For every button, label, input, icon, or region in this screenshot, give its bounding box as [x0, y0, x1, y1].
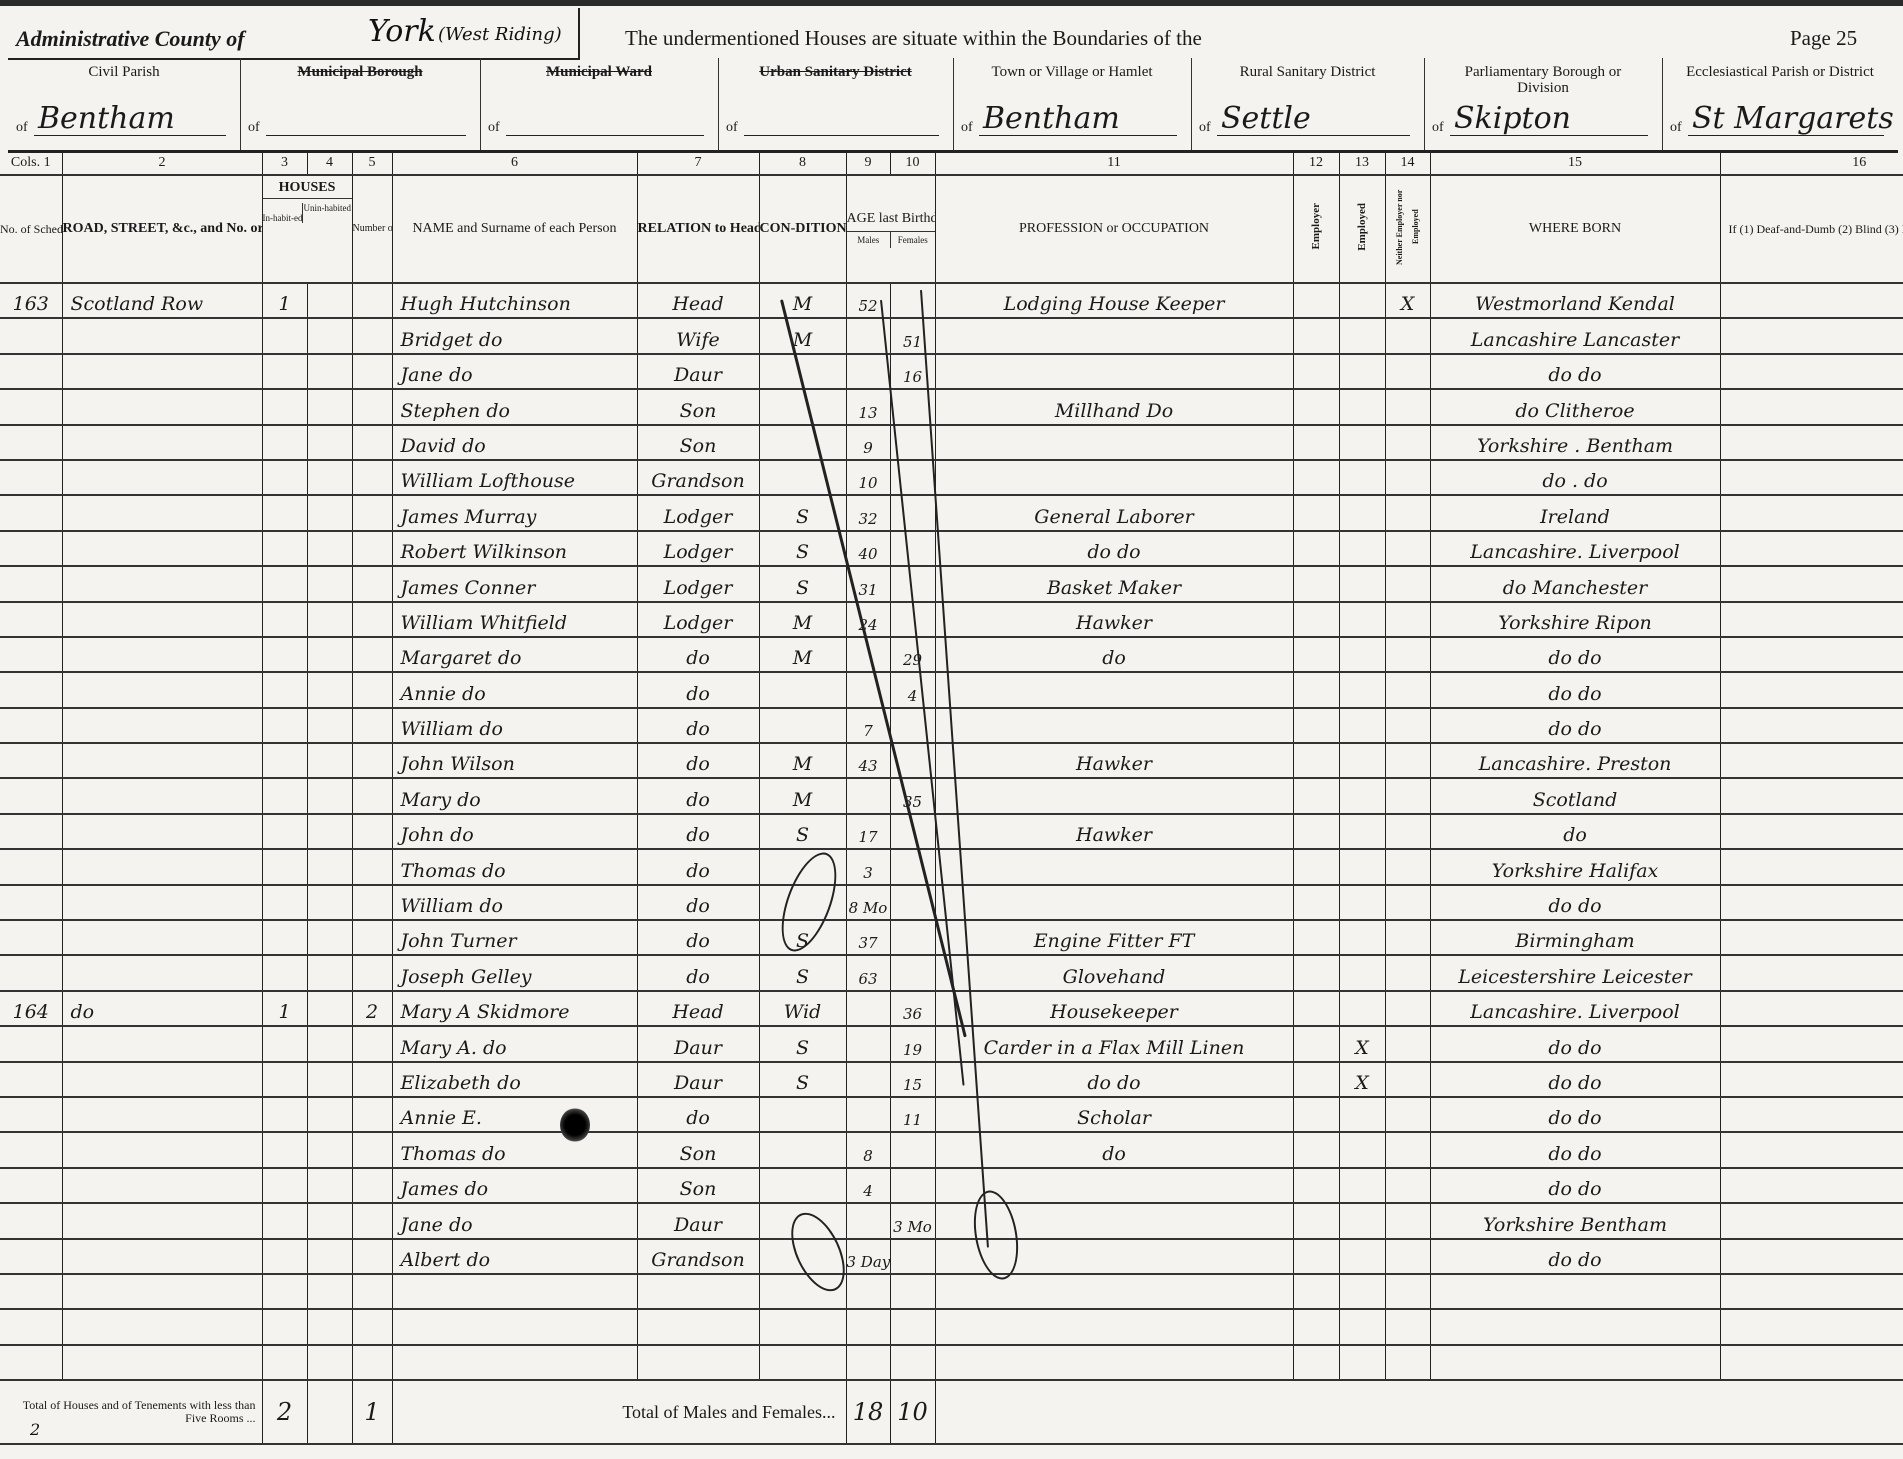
road-cell: [62, 389, 262, 424]
where-born-cell: Yorkshire Bentham: [1430, 1203, 1720, 1238]
census-rows: 163Scotland Row1Hugh HutchinsonHeadM52Lo…: [0, 283, 1903, 1380]
neither-cell: [1385, 708, 1430, 743]
col-number: 12: [1293, 152, 1339, 175]
boundary-title: Civil Parish: [8, 64, 240, 80]
where-born-cell: Yorkshire Ripon: [1430, 602, 1720, 637]
rooms-cell: 2: [352, 991, 392, 1026]
neither-cell: [1385, 672, 1430, 707]
female-age-cell: 15: [890, 1062, 935, 1097]
neither-cell: [1385, 1132, 1430, 1167]
boundary-parliamentary-borough: Parliamentary Borough or Division of Ski…: [1424, 58, 1663, 150]
rooms-cell: [352, 814, 392, 849]
employed-cell: [1339, 531, 1385, 566]
where-born-cell: do Clitheroe: [1430, 389, 1720, 424]
uninhabited-cell: [307, 885, 352, 920]
where-born-cell: Lancashire. Liverpool: [1430, 991, 1720, 1026]
table-row: [0, 1309, 1903, 1344]
occupation-cell: General Laborer: [935, 495, 1293, 530]
infirmity-cell: [1720, 460, 1903, 495]
relation-cell: [637, 1274, 759, 1309]
female-age-cell: [890, 955, 935, 990]
neither-cell: [1385, 354, 1430, 389]
uninhabited-cell: [307, 672, 352, 707]
boundary-title: Town or Village or Hamlet: [953, 64, 1191, 80]
of-label: of: [726, 120, 738, 136]
table-row: John TurnerdoS37Engine Fitter FTBirmingh…: [0, 920, 1903, 955]
uninhabited-cell: [307, 1062, 352, 1097]
name-cell: William Lofthouse: [392, 460, 637, 495]
name-cell: William do: [392, 708, 637, 743]
employed-cell: [1339, 637, 1385, 672]
neither-cell: [1385, 495, 1430, 530]
neither-cell: [1385, 1203, 1430, 1238]
inhabited-cell: [262, 672, 307, 707]
inhabited-cell: [262, 531, 307, 566]
female-age-cell: 51: [890, 318, 935, 353]
rooms-cell: [352, 1239, 392, 1274]
name-cell: Robert Wilkinson: [392, 531, 637, 566]
condition-cell: [759, 425, 846, 460]
table-row: Annie E.do11Scholardo do: [0, 1097, 1903, 1132]
relation-cell: Wife: [637, 318, 759, 353]
occupation-cell: [935, 318, 1293, 353]
employer-cell: [1293, 460, 1339, 495]
occupation-cell: [935, 885, 1293, 920]
employer-cell: [1293, 425, 1339, 460]
infirmity-cell: [1720, 885, 1903, 920]
neither-cell: [1385, 1097, 1430, 1132]
schedule-cell: [0, 1274, 62, 1309]
neither-cell: [1385, 1239, 1430, 1274]
male-age-cell: [846, 354, 890, 389]
header-road: ROAD, STREET, &c., and No. or NAME of HO…: [62, 175, 262, 283]
where-born-cell: do do: [1430, 1239, 1720, 1274]
male-age-cell: 3 Days: [846, 1239, 890, 1274]
male-age-cell: 4: [846, 1168, 890, 1203]
name-cell: James do: [392, 1168, 637, 1203]
infirmity-cell: [1720, 1168, 1903, 1203]
where-born-cell: Birmingham: [1430, 920, 1720, 955]
schedule-cell: [0, 354, 62, 389]
boundary-title: Municipal Borough: [240, 64, 480, 80]
of-label: of: [961, 120, 973, 136]
condition-cell: M: [759, 318, 846, 353]
male-age-cell: [846, 1345, 890, 1380]
table-row: David doSon9Yorkshire . Bentham: [0, 425, 1903, 460]
table-row: William LofthouseGrandson10do . do: [0, 460, 1903, 495]
employed-cell: [1339, 495, 1385, 530]
inhabited-cell: [262, 920, 307, 955]
county-value: York: [368, 14, 436, 49]
condition-cell: M: [759, 602, 846, 637]
male-age-cell: 10: [846, 460, 890, 495]
occupation-cell: [935, 708, 1293, 743]
boundary-title: Municipal Ward: [480, 64, 718, 80]
road-cell: [62, 708, 262, 743]
schedule-cell: [0, 1168, 62, 1203]
condition-cell: M: [759, 283, 846, 318]
employed-cell: [1339, 708, 1385, 743]
infirmity-cell: [1720, 1062, 1903, 1097]
schedule-cell: [0, 1026, 62, 1061]
male-age-cell: 8 Mo: [846, 885, 890, 920]
neither-cell: [1385, 637, 1430, 672]
rooms-cell: [352, 1309, 392, 1344]
col-number: 15: [1430, 152, 1720, 175]
employed-cell: [1339, 1132, 1385, 1167]
rooms-cell: [352, 354, 392, 389]
employed-cell: [1339, 1097, 1385, 1132]
col-number: 8: [759, 152, 846, 175]
where-born-cell: do do: [1430, 1097, 1720, 1132]
name-cell: William Whitfield: [392, 602, 637, 637]
where-born-cell: [1430, 1345, 1720, 1380]
neither-cell: [1385, 531, 1430, 566]
occupation-cell: Basket Maker: [935, 566, 1293, 601]
name-cell: Annie E.: [392, 1097, 637, 1132]
uninhabited-cell: [307, 566, 352, 601]
rooms-cell: [352, 283, 392, 318]
schedule-cell: [0, 389, 62, 424]
inhabited-cell: [262, 425, 307, 460]
road-cell: [62, 1132, 262, 1167]
page-number: Page 25: [1790, 26, 1857, 51]
relation-cell: do: [637, 885, 759, 920]
neither-cell: [1385, 849, 1430, 884]
table-row: 163Scotland Row1Hugh HutchinsonHeadM52Lo…: [0, 283, 1903, 318]
neither-cell: [1385, 1345, 1430, 1380]
boundary-value: Settle: [1221, 101, 1311, 136]
rooms-cell: [352, 602, 392, 637]
employer-cell: [1293, 955, 1339, 990]
uninhabited-cell: [307, 283, 352, 318]
road-cell: [62, 318, 262, 353]
table-row: Annie dodo4do do: [0, 672, 1903, 707]
name-cell: Mary do: [392, 778, 637, 813]
where-born-cell: do do: [1430, 1132, 1720, 1167]
header-rooms: Number of rooms occupied if less than fi…: [352, 175, 392, 283]
occupation-cell: [935, 672, 1293, 707]
occupation-cell: Engine Fitter FT: [935, 920, 1293, 955]
occupation-cell: [935, 460, 1293, 495]
employer-cell: [1293, 708, 1339, 743]
inhabited-cell: [262, 1168, 307, 1203]
uninhabited-cell: [307, 602, 352, 637]
condition-cell: [759, 1309, 846, 1344]
infirmity-cell: [1720, 389, 1903, 424]
table-row: James ConnerLodgerS31Basket Makerdo Manc…: [0, 566, 1903, 601]
schedule-cell: [0, 672, 62, 707]
of-label: of: [16, 120, 28, 136]
name-cell: John Wilson: [392, 743, 637, 778]
header-name: NAME and Surname of each Person: [392, 175, 637, 283]
neither-cell: [1385, 778, 1430, 813]
census-table-wrapper: Cols. 1 2 3 4 5 6 7 8 9 10 11 12 13 14 1…: [0, 152, 1903, 1445]
name-cell: Jane do: [392, 354, 637, 389]
schedule-cell: [0, 602, 62, 637]
road-cell: [62, 1345, 262, 1380]
rooms-cell: [352, 531, 392, 566]
table-row: Margaret dodoM29dodo do: [0, 637, 1903, 672]
occupation-cell: Glovehand: [935, 955, 1293, 990]
table-row: Thomas doSon8dodo do: [0, 1132, 1903, 1167]
rooms-cell: [352, 778, 392, 813]
rooms-cell: [352, 955, 392, 990]
table-row: Albert doGrandson3 Daysdo do: [0, 1239, 1903, 1274]
infirmity-cell: [1720, 1345, 1903, 1380]
occupation-cell: Carder in a Flax Mill Linen: [935, 1026, 1293, 1061]
relation-cell: Head: [637, 283, 759, 318]
uninhabited-cell: [307, 1239, 352, 1274]
inhabited-cell: [262, 1345, 307, 1380]
where-born-cell: Lancashire. Preston: [1430, 743, 1720, 778]
uninhabited-cell: [307, 389, 352, 424]
relation-cell: do: [637, 955, 759, 990]
relation-cell: Lodger: [637, 495, 759, 530]
occupation-cell: [935, 778, 1293, 813]
col-number: 9: [846, 152, 890, 175]
boundary-municipal-ward: Municipal Ward of: [480, 58, 719, 150]
male-age-cell: [846, 1026, 890, 1061]
uninhabited-cell: [307, 1026, 352, 1061]
neither-cell: [1385, 1168, 1430, 1203]
header-age: AGE last Birthday of Males Females: [846, 175, 935, 283]
boundary-town-village-hamlet: Town or Village or Hamlet of Bentham: [953, 58, 1192, 150]
employer-cell: [1293, 1309, 1339, 1344]
uninhabited-cell: [307, 1309, 352, 1344]
relation-cell: Grandson: [637, 460, 759, 495]
road-cell: [62, 920, 262, 955]
boundary-title: Urban Sanitary District: [718, 64, 953, 80]
employer-cell: [1293, 1274, 1339, 1309]
rooms-cell: [352, 318, 392, 353]
column-number-row: Cols. 1 2 3 4 5 6 7 8 9 10 11 12 13 14 1…: [0, 152, 1903, 175]
male-age-cell: 8: [846, 1132, 890, 1167]
employer-cell: [1293, 1026, 1339, 1061]
rooms-cell: [352, 495, 392, 530]
totals-row: Total of Houses and of Tenements with le…: [0, 1380, 1903, 1444]
schedule-cell: [0, 318, 62, 353]
boundary-rural-sanitary-district: Rural Sanitary District of Settle: [1191, 58, 1425, 150]
schedule-cell: [0, 1345, 62, 1380]
employer-cell: [1293, 602, 1339, 637]
table-row: Robert WilkinsonLodgerS40do doLancashire…: [0, 531, 1903, 566]
employed-cell: [1339, 849, 1385, 884]
occupation-cell: Housekeeper: [935, 991, 1293, 1026]
female-age-cell: [890, 531, 935, 566]
administrative-county-box: Administrative County of York (West Ridi…: [8, 8, 580, 60]
header-schedule: No. of Schedule: [0, 175, 62, 283]
table-row: William dodo8 Modo do: [0, 885, 1903, 920]
employed-label: Employed: [1354, 203, 1370, 251]
schedule-cell: 163: [0, 283, 62, 318]
female-age-cell: [890, 1345, 935, 1380]
uninhabited-cell: [307, 531, 352, 566]
header-houses: HOUSES In-habit-ed Unin-habited (U.), or…: [262, 175, 352, 283]
relation-cell: do: [637, 672, 759, 707]
neither-cell: [1385, 743, 1430, 778]
table-row: Bridget doWifeM51Lancashire Lancaster: [0, 318, 1903, 353]
houses-label: HOUSES: [263, 180, 352, 199]
female-age-cell: [890, 1239, 935, 1274]
female-age-cell: 19: [890, 1026, 935, 1061]
table-row: John dodoS17Hawkerdo: [0, 814, 1903, 849]
male-age-cell: [846, 1203, 890, 1238]
employed-cell: [1339, 814, 1385, 849]
employer-cell: [1293, 318, 1339, 353]
undermentioned-heading: The undermentioned Houses are situate wi…: [625, 26, 1202, 51]
neither-cell: [1385, 389, 1430, 424]
where-born-cell: do: [1430, 814, 1720, 849]
boundary-value: Skipton: [1454, 101, 1571, 136]
occupation-cell: do: [935, 1132, 1293, 1167]
where-born-cell: Westmorland Kendal: [1430, 283, 1720, 318]
inhabited-cell: [262, 318, 307, 353]
condition-cell: [759, 1345, 846, 1380]
neither-cell: [1385, 1026, 1430, 1061]
boundaries-row: Civil Parish of Bentham Municipal Boroug…: [8, 58, 1898, 153]
occupation-cell: [935, 354, 1293, 389]
road-cell: [62, 849, 262, 884]
female-age-cell: [890, 708, 935, 743]
infirmity-cell: [1720, 1132, 1903, 1167]
boundary-value: Bentham: [983, 101, 1120, 136]
where-born-cell: Yorkshire . Bentham: [1430, 425, 1720, 460]
occupation-cell: do do: [935, 531, 1293, 566]
table-row: Stephen doSon13Millhand Dodo Clitheroe: [0, 389, 1903, 424]
neither-cell: [1385, 814, 1430, 849]
name-cell: Margaret do: [392, 637, 637, 672]
rooms-cell: [352, 460, 392, 495]
rooms-cell: [352, 566, 392, 601]
condition-cell: [759, 1097, 846, 1132]
inhabited-cell: 1: [262, 991, 307, 1026]
condition-cell: [759, 708, 846, 743]
female-age-cell: 36: [890, 991, 935, 1026]
name-cell: Elizabeth do: [392, 1062, 637, 1097]
where-born-cell: do do: [1430, 1168, 1720, 1203]
uninhabited-cell: [307, 1274, 352, 1309]
female-age-cell: 29: [890, 637, 935, 672]
relation-cell: do: [637, 1097, 759, 1132]
road-cell: [62, 1062, 262, 1097]
employed-cell: [1339, 283, 1385, 318]
boundary-civil-parish: Civil Parish of Bentham: [8, 58, 241, 150]
male-age-cell: 63: [846, 955, 890, 990]
relation-cell: Grandson: [637, 1239, 759, 1274]
road-cell: [62, 885, 262, 920]
condition-cell: S: [759, 1062, 846, 1097]
neither-label: Neither Employer nor Employed: [1392, 182, 1424, 272]
neither-cell: [1385, 920, 1430, 955]
table-row: [0, 1345, 1903, 1380]
where-born-cell: Lancashire Lancaster: [1430, 318, 1720, 353]
name-cell: William do: [392, 885, 637, 920]
boundary-title: Parliamentary Borough or Division: [1424, 64, 1662, 96]
uninhabited-cell: [307, 1345, 352, 1380]
female-age-cell: 4: [890, 672, 935, 707]
inhabited-cell: [262, 955, 307, 990]
employer-cell: [1293, 1239, 1339, 1274]
rooms-cell: [352, 743, 392, 778]
male-age-cell: [846, 778, 890, 813]
header-employed: Employed: [1339, 175, 1385, 283]
where-born-cell: do do: [1430, 672, 1720, 707]
road-cell: [62, 425, 262, 460]
rooms-cell: [352, 1132, 392, 1167]
uninhabited-cell: [307, 955, 352, 990]
name-cell: Mary A Skidmore: [392, 991, 637, 1026]
column-header-row: No. of Schedule ROAD, STREET, &c., and N…: [0, 175, 1903, 283]
neither-cell: [1385, 566, 1430, 601]
col-number: 7: [637, 152, 759, 175]
employer-cell: [1293, 920, 1339, 955]
employed-cell: [1339, 1345, 1385, 1380]
occupation-cell: [935, 1309, 1293, 1344]
infirmity-cell: [1720, 708, 1903, 743]
uninhabited-cell: [307, 708, 352, 743]
condition-cell: S: [759, 566, 846, 601]
rooms-cell: [352, 425, 392, 460]
relation-cell: Daur: [637, 1026, 759, 1061]
fill-line: [506, 135, 704, 136]
occupation-cell: Lodging House Keeper: [935, 283, 1293, 318]
employed-cell: [1339, 885, 1385, 920]
name-cell: Bridget do: [392, 318, 637, 353]
inhabited-cell: [262, 778, 307, 813]
neither-cell: [1385, 991, 1430, 1026]
male-age-cell: [846, 1309, 890, 1344]
neither-cell: [1385, 885, 1430, 920]
male-age-cell: 32: [846, 495, 890, 530]
inhabited-cell: [262, 814, 307, 849]
name-cell: Mary A. do: [392, 1026, 637, 1061]
schedule-cell: [0, 1309, 62, 1344]
condition-cell: [759, 1132, 846, 1167]
male-age-cell: [846, 991, 890, 1026]
employed-cell: [1339, 778, 1385, 813]
schedule-cell: [0, 814, 62, 849]
inhabited-cell: 1: [262, 283, 307, 318]
rooms-cell: [352, 1097, 392, 1132]
relation-cell: [637, 1345, 759, 1380]
totals-females: 10: [890, 1380, 935, 1444]
road-cell: [62, 1309, 262, 1344]
name-cell: Thomas do: [392, 849, 637, 884]
schedule-cell: 164: [0, 991, 62, 1026]
condition-cell: [759, 672, 846, 707]
schedule-cell: [0, 460, 62, 495]
road-cell: [62, 1026, 262, 1061]
road-cell: [62, 955, 262, 990]
uninhabited-cell: [307, 495, 352, 530]
employer-cell: [1293, 778, 1339, 813]
road-cell: [62, 354, 262, 389]
road-cell: [62, 1203, 262, 1238]
col-number: Cols. 1: [0, 152, 62, 175]
infirmity-cell: [1720, 425, 1903, 460]
uninhabited-cell: [307, 778, 352, 813]
inhabited-cell: [262, 602, 307, 637]
col-number: 6: [392, 152, 637, 175]
schedule-cell: [0, 885, 62, 920]
occupation-cell: [935, 1345, 1293, 1380]
col-number: 11: [935, 152, 1293, 175]
employed-cell: [1339, 672, 1385, 707]
employer-cell: [1293, 389, 1339, 424]
where-born-cell: Ireland: [1430, 495, 1720, 530]
employer-cell: [1293, 531, 1339, 566]
